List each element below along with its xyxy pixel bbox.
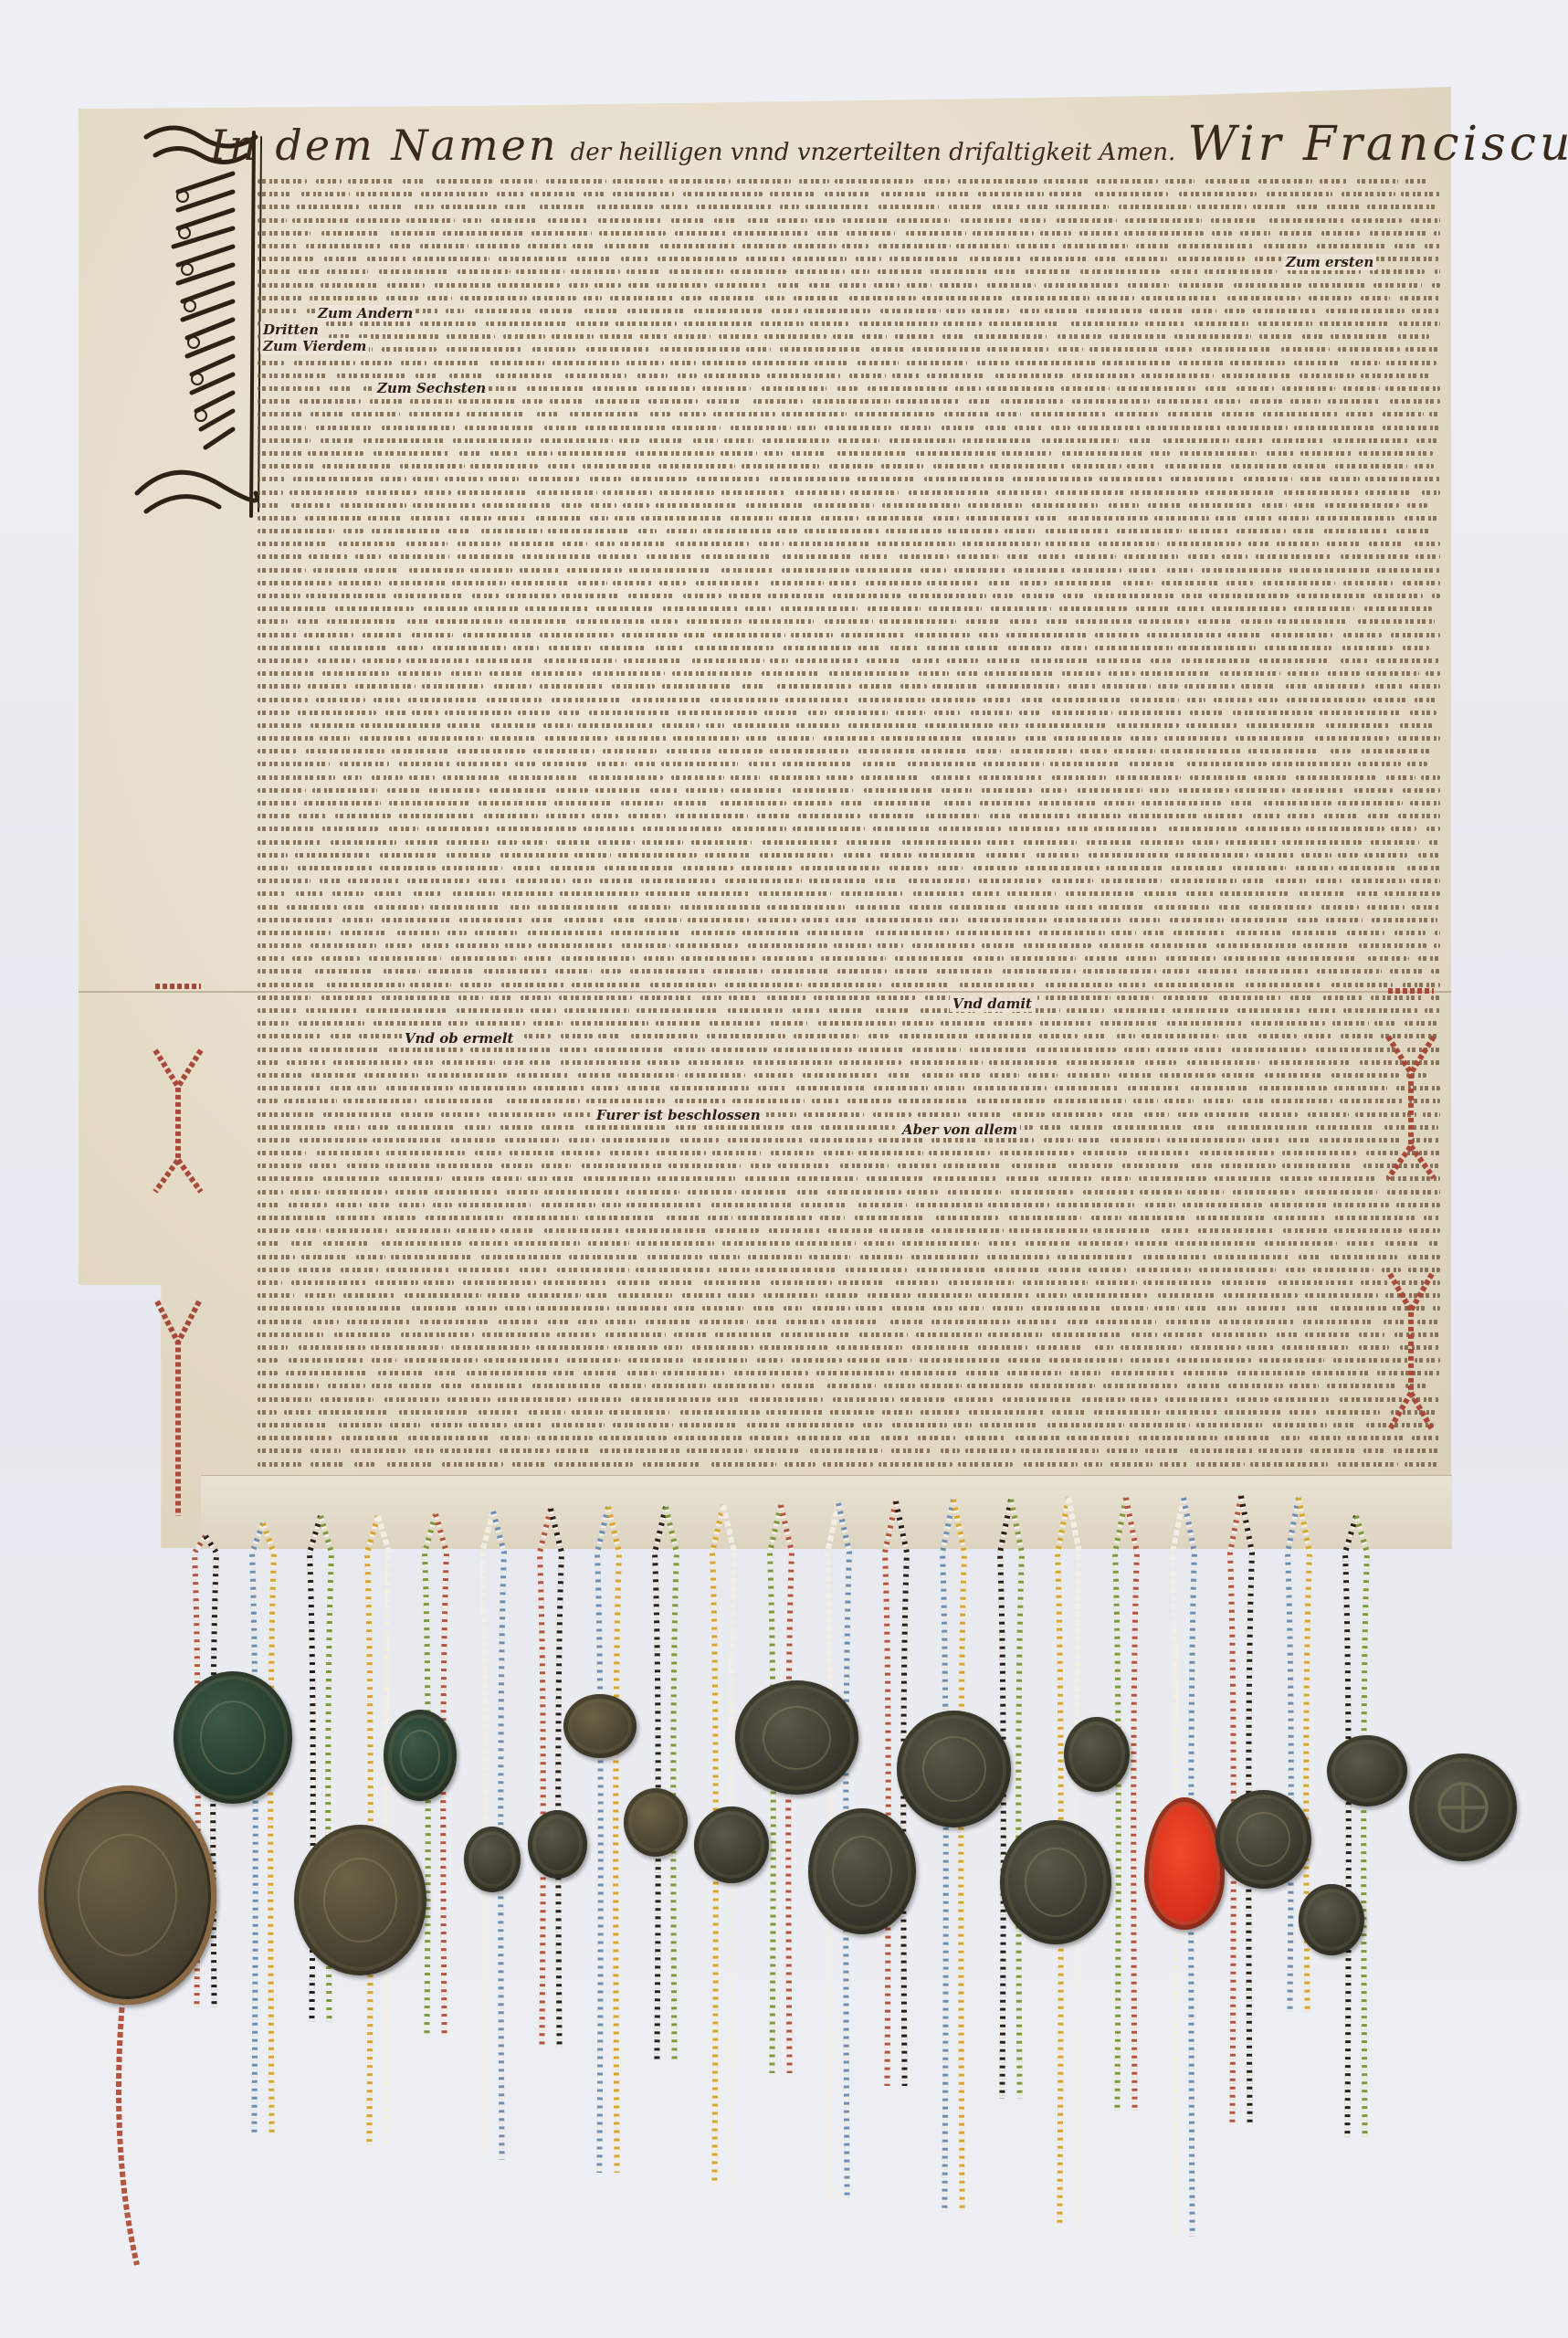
seal-small-bronze <box>563 1694 637 1758</box>
seal-small-dark <box>1299 1884 1364 1955</box>
seal-cross <box>1409 1753 1517 1861</box>
seal-dark-round <box>1000 1820 1111 1944</box>
seal-standing-figure <box>897 1711 1011 1827</box>
seal-small-green <box>384 1710 457 1801</box>
seal-small-dark <box>528 1810 587 1879</box>
seal-green-arcade <box>174 1671 292 1804</box>
seal-small-bronze <box>624 1788 688 1857</box>
cross-icon <box>1409 1753 1517 1861</box>
seal-dark-round <box>808 1808 916 1934</box>
seal-large-bronze <box>38 1785 216 2005</box>
seal-small-dark <box>1064 1717 1130 1792</box>
seal-small-dark <box>1327 1735 1407 1806</box>
seal-cords <box>0 0 1568 2338</box>
seal-city-gate <box>735 1680 858 1795</box>
seal-bronze-lion <box>294 1825 426 1975</box>
seal-small-dark <box>694 1806 769 1883</box>
seal-small-dark <box>464 1827 521 1892</box>
seal-dark-round <box>1215 1790 1311 1889</box>
